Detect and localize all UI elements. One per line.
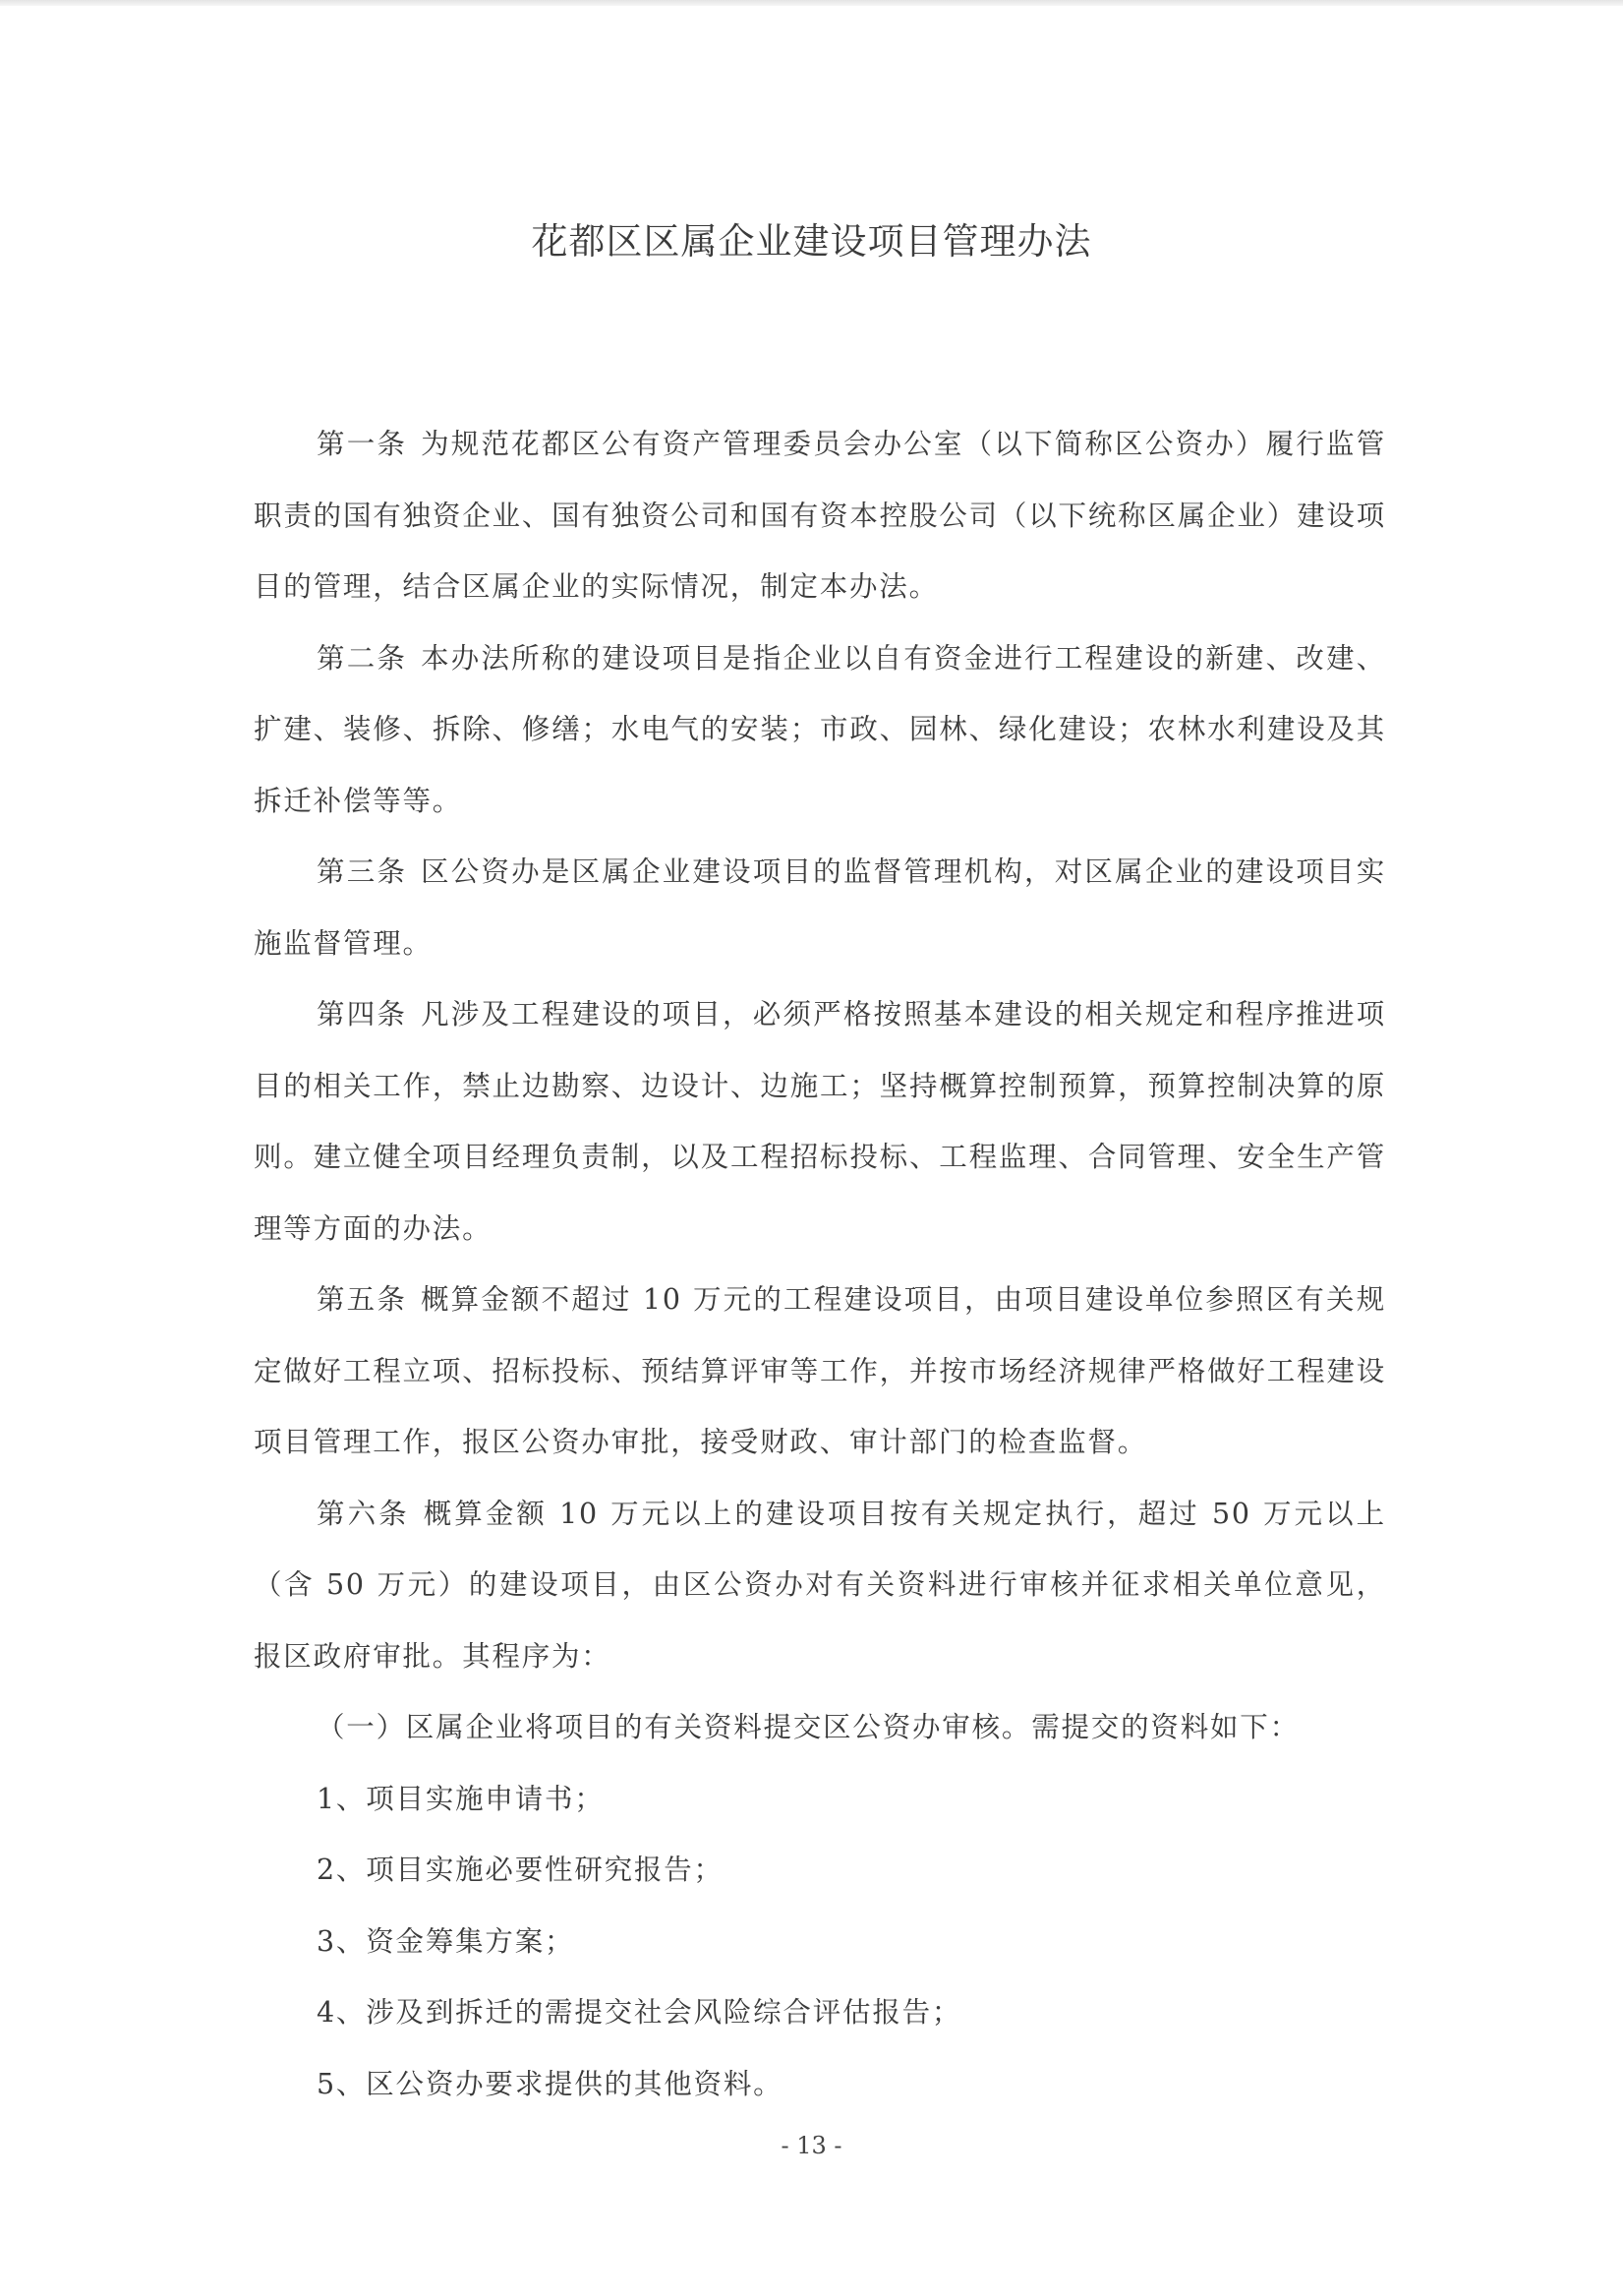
material-item: 4、涉及到拆迁的需提交社会风险综合评估报告； [254, 1977, 1386, 2049]
page-number: - 13 - [0, 2132, 1623, 2159]
article-label: 第二条 [317, 642, 407, 675]
article-label: 第四条 [317, 998, 407, 1030]
article-label: 第三条 [317, 855, 407, 888]
document-page: 花都区区属企业建设项目管理办法 第一条为规范花都区公有资产管理委员会办公室（以下… [0, 0, 1623, 2296]
article-label: 第一条 [317, 428, 407, 460]
material-item: 2、项目实施必要性研究报告； [254, 1835, 1386, 1907]
article-6: 第六条概算金额 10 万元以上的建设项目按有关规定执行，超过 50 万元以上（含… [254, 1479, 1386, 1693]
article-label: 第六条 [317, 1498, 410, 1530]
article-text: 区公资办是区属企业建设项目的监督管理机构，对区属企业的建设项目实施监督管理。 [254, 855, 1386, 960]
article-text: 概算金额 10 万元以上的建设项目按有关规定执行，超过 50 万元以上（含 50… [254, 1498, 1386, 1673]
article-2: 第二条本办法所称的建设项目是指企业以自有资金进行工程建设的新建、改建、扩建、装修… [254, 623, 1386, 838]
material-item: 5、区公资办要求提供的其他资料。 [254, 2049, 1386, 2121]
material-item: 3、资金筹集方案； [254, 1907, 1386, 1978]
article-text: 为规范花都区公有资产管理委员会办公室（以下简称区公资办）履行监管职责的国有独资企… [254, 428, 1386, 603]
material-item: 1、项目实施申请书； [254, 1764, 1386, 1836]
article-1: 第一条为规范花都区公有资产管理委员会办公室（以下简称区公资办）履行监管职责的国有… [254, 409, 1386, 623]
document-title: 花都区区属企业建设项目管理办法 [0, 211, 1623, 265]
article-text: 本办法所称的建设项目是指企业以自有资金进行工程建设的新建、改建、扩建、装修、拆除… [254, 642, 1386, 817]
document-body: 第一条为规范花都区公有资产管理委员会办公室（以下简称区公资办）履行监管职责的国有… [254, 409, 1386, 2120]
article-label: 第五条 [317, 1283, 407, 1316]
article-4: 第四条凡涉及工程建设的项目，必须严格按照基本建设的相关规定和程序推进项目的相关工… [254, 979, 1386, 1265]
article-text: 概算金额不超过 10 万元的工程建设项目，由项目建设单位参照区有关规定做好工程立… [254, 1283, 1386, 1458]
article-3: 第三条区公资办是区属企业建设项目的监督管理机构，对区属企业的建设项目实施监督管理… [254, 837, 1386, 979]
article-5: 第五条概算金额不超过 10 万元的工程建设项目，由项目建设单位参照区有关规定做好… [254, 1265, 1386, 1479]
article-text: 凡涉及工程建设的项目，必须严格按照基本建设的相关规定和程序推进项目的相关工作，禁… [254, 998, 1386, 1245]
procedure-step-1: （一）区属企业将项目的有关资料提交区公资办审核。需提交的资料如下： [254, 1692, 1386, 1764]
